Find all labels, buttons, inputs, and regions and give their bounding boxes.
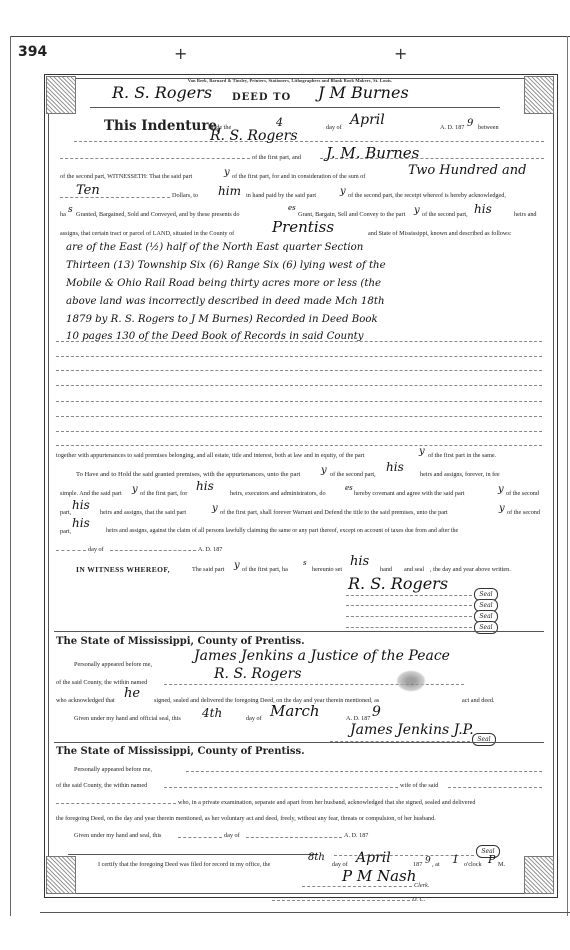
between-label: between xyxy=(478,124,499,131)
second-text: of the second xyxy=(507,509,540,516)
witness-text: The said part xyxy=(192,566,224,573)
fill-part-suffix: y xyxy=(321,465,327,476)
day-of-label: day of xyxy=(326,124,342,131)
second-part-text: of the second part, xyxy=(422,211,468,218)
hand-label: hand xyxy=(380,566,392,573)
consideration-sum-line2: Ten xyxy=(76,183,100,198)
page-edge-left xyxy=(10,36,11,916)
fill-part-suffix: y xyxy=(499,503,505,514)
deputy-clerk-label: D. C. xyxy=(412,896,425,903)
ornament-corner-bottom-right xyxy=(524,856,554,894)
fill-his: his xyxy=(386,460,404,474)
ad-label: A. D. 187 xyxy=(346,715,370,722)
deed-to-label: DEED TO xyxy=(232,92,291,103)
act-deed-text: act and deed. xyxy=(462,697,494,704)
seal-icon: Seal xyxy=(474,621,498,634)
ack1-year-digit: 9 xyxy=(372,704,381,720)
form-line xyxy=(448,787,542,788)
given-under-text: Given under my hand and official seal, t… xyxy=(74,715,181,722)
ornament-corner-bottom-left xyxy=(46,856,76,894)
certificate-day: 8th xyxy=(308,852,325,863)
ad-label: A. D. 187 xyxy=(440,124,464,131)
form-line xyxy=(110,550,196,551)
clerk-signature: P M Nash xyxy=(342,867,416,885)
claims-text: heirs and assigns, against the claim of … xyxy=(106,528,458,534)
fill-his: his xyxy=(72,516,90,530)
ack1-named-party: R. S. Rogers xyxy=(214,666,302,682)
warrant-defend-text: of the first part, shall forever Warrant… xyxy=(220,509,448,516)
form-line xyxy=(164,787,398,788)
blank-line xyxy=(56,370,542,371)
receipt-text: of the second part, the receipt whereof … xyxy=(348,192,506,199)
fill-part-suffix: y xyxy=(212,503,218,514)
certificate-month: April xyxy=(356,850,391,866)
form-line xyxy=(60,197,170,198)
first-part-for-text: of the first part, for xyxy=(140,490,187,497)
fill-to-whom: him xyxy=(218,184,241,198)
signature-line xyxy=(346,627,472,628)
fill-part-suffix: y xyxy=(498,484,504,495)
witnesseth-text: of the second part, WITNESSETH: That the… xyxy=(60,173,192,180)
blank-line xyxy=(56,341,542,342)
filed-for-record-text: I certify that the foregoing Deed was fi… xyxy=(98,861,270,868)
officer-signature: James Jenkins J.P. xyxy=(350,722,474,738)
together-text: together with appurtenances to said prem… xyxy=(56,452,364,459)
fill-part-suffix: y xyxy=(419,446,425,457)
form-line xyxy=(246,837,342,838)
day-of-label: day of xyxy=(246,715,262,722)
oclock-label: o'clock xyxy=(464,861,482,868)
day-of-label: day of xyxy=(224,832,240,839)
ad-label: A. D. 187 xyxy=(198,546,222,553)
tract-text: assigns, that certain tract or parcel of… xyxy=(60,230,234,237)
section-divider xyxy=(54,742,544,743)
fill-his: his xyxy=(72,498,90,512)
fill-heirs-whose: his xyxy=(474,202,492,216)
seal-text: and seal xyxy=(404,566,424,573)
grant-text: Grant, Bargain, Sell and Convey to the p… xyxy=(298,211,405,218)
form-line xyxy=(320,158,544,159)
grantee-header: J M Burnes xyxy=(318,83,409,102)
fill-his: his xyxy=(196,479,214,493)
form-line xyxy=(74,141,544,142)
page-edge-right xyxy=(567,36,568,916)
indenture-title: This Indenture, xyxy=(104,118,222,134)
in-witness-whereof: IN WITNESS WHEREOF, xyxy=(76,565,170,574)
pencil-mark: + xyxy=(394,44,407,63)
fill-part-suffix: y xyxy=(414,205,420,216)
ack1-day: 4th xyxy=(202,706,222,720)
within-named-text: of the said County, the within named xyxy=(56,679,147,686)
blank-line xyxy=(56,401,542,402)
fill-part-suffix: y xyxy=(132,484,138,495)
signature-line xyxy=(272,900,410,901)
seal-icon: Seal xyxy=(472,733,496,746)
part-label: part, xyxy=(60,528,71,535)
ad-label: A. D. 187 xyxy=(344,832,368,839)
land-description-line: are of the East (½) half of the North Ea… xyxy=(66,242,363,253)
to-have-text: To Have and to Hold the said granted pre… xyxy=(76,471,300,478)
personally-appeared-text: Personally appeared before me, xyxy=(74,766,152,773)
state-text: and State of Mississippi, known and desc… xyxy=(368,230,512,237)
form-line xyxy=(56,803,176,804)
fill-his: his xyxy=(350,554,369,569)
consideration-sum-line1: Two Hundred and xyxy=(408,163,527,178)
land-description-line: Mobile & Ohio Rail Road being thirty acr… xyxy=(66,278,381,289)
heirs-text: heirs and xyxy=(514,211,537,218)
witness-end-text: , the day and year above written. xyxy=(430,566,511,573)
land-description-line: above land was incorrectly described in … xyxy=(66,296,385,307)
ack2-heading: The State of Mississippi, County of Pren… xyxy=(56,746,305,757)
day-of-label: day of xyxy=(88,546,104,553)
grantor-header: R. S. Rogers xyxy=(112,83,212,102)
party-first: R. S. Rogers xyxy=(210,128,298,144)
page-edge-bottom xyxy=(40,912,570,913)
granted-text: Granted, Bargained, Sold and Conveyed, a… xyxy=(76,211,239,218)
certificate-year-digit: 9 xyxy=(425,856,431,866)
personally-appeared-text: Personally appeared before me, xyxy=(74,661,152,668)
second-part-text: of the second part, xyxy=(330,471,376,478)
signed-sealed-text: signed, sealed and delivered the foregoi… xyxy=(154,697,379,704)
form-line xyxy=(186,771,542,772)
land-description-line: Thirteen (13) Township Six (6) Range Six… xyxy=(66,260,386,271)
land-description-line: 1879 by R. S. Rogers to J M Burnes) Reco… xyxy=(66,314,378,325)
ack1-officer: James Jenkins a Justice of the Peace xyxy=(194,648,450,664)
heirs-assigns-text: heirs and assigns, that the said part xyxy=(100,509,186,516)
ack1-heading: The State of Mississippi, County of Pren… xyxy=(56,636,305,647)
clerk-label: Clerk. xyxy=(414,882,429,889)
signature-line xyxy=(302,886,412,887)
signature-line xyxy=(346,605,472,606)
fill-does-suffix: es xyxy=(288,204,296,212)
fill-has-suffix: s xyxy=(303,559,307,567)
consideration-text: of the first part, for and in considerat… xyxy=(232,173,365,180)
pencil-mark: + xyxy=(174,44,187,63)
private-exam-text: who, in a private examination, separate … xyxy=(178,799,475,806)
fill-has-suffix: s xyxy=(68,205,73,215)
form-line xyxy=(56,550,86,551)
blank-line xyxy=(56,385,542,386)
certificate-hour: 1 xyxy=(452,853,459,866)
has-text: ha xyxy=(60,211,66,218)
part-label: part, xyxy=(60,509,71,516)
indenture-month: April xyxy=(350,112,385,128)
page-number: 394 xyxy=(18,44,47,60)
ornament-corner-top-right xyxy=(524,76,554,114)
heirs-forever-text: heirs and assigns, forever, in fee xyxy=(420,471,500,478)
paid-text: in hand paid by the said part xyxy=(246,192,316,199)
fill-part-suffix: y xyxy=(224,167,230,178)
grantor-signature: R. S. Rogers xyxy=(348,574,448,593)
header-rule xyxy=(90,107,500,108)
ornament-corner-top-left xyxy=(46,76,76,114)
together-end-text: of the first part in the same. xyxy=(428,452,496,459)
form-line xyxy=(178,837,222,838)
section-divider xyxy=(68,854,318,855)
fill-pronoun: he xyxy=(124,686,140,701)
wife-of-text: wife of the said xyxy=(400,782,438,789)
first-part-label: of the first part, and xyxy=(252,154,301,161)
voluntary-act-text: the foregoing Deed, on the day and year … xyxy=(56,815,436,822)
witness-text: of the first part, ha xyxy=(242,566,288,573)
fill-part-suffix: y xyxy=(234,560,240,571)
fill-does-suffix: es xyxy=(345,484,353,492)
acknowledged-text: who acknowledged that xyxy=(56,697,115,704)
certificate-meridiem: P xyxy=(488,853,495,866)
given-under-text: Given under my hand and seal, this xyxy=(74,832,161,839)
at-label: , at xyxy=(432,861,440,868)
indenture-year-digit: 9 xyxy=(467,118,473,129)
county-name: Prentiss xyxy=(272,218,334,236)
blank-line xyxy=(56,356,542,357)
blank-line xyxy=(56,416,542,417)
form-line xyxy=(60,158,250,159)
blank-line xyxy=(56,431,542,432)
dollars-label: Dollars, to xyxy=(172,192,198,199)
party-second: J. M. Burnes xyxy=(326,144,419,162)
page-edge-top xyxy=(10,36,570,37)
second-text: of the second xyxy=(506,490,539,497)
signature-line xyxy=(346,595,472,596)
signature-line xyxy=(346,616,472,617)
fill-part-suffix: y xyxy=(340,186,346,197)
ack1-month: March xyxy=(270,702,320,720)
section-divider xyxy=(54,631,544,632)
notary-stamp xyxy=(396,670,426,692)
blank-line xyxy=(56,445,542,446)
covenant-text: hereby covenant and agree with the said … xyxy=(354,490,464,497)
executors-text: heirs, executors and administrators, do xyxy=(230,490,326,497)
hereunto-text: hereunto set xyxy=(312,566,342,573)
fee-simple-text: simple. And the said part xyxy=(60,490,122,497)
meridiem-m-label: M. xyxy=(498,861,505,868)
within-named-text: of the said County, the within named xyxy=(56,782,147,789)
